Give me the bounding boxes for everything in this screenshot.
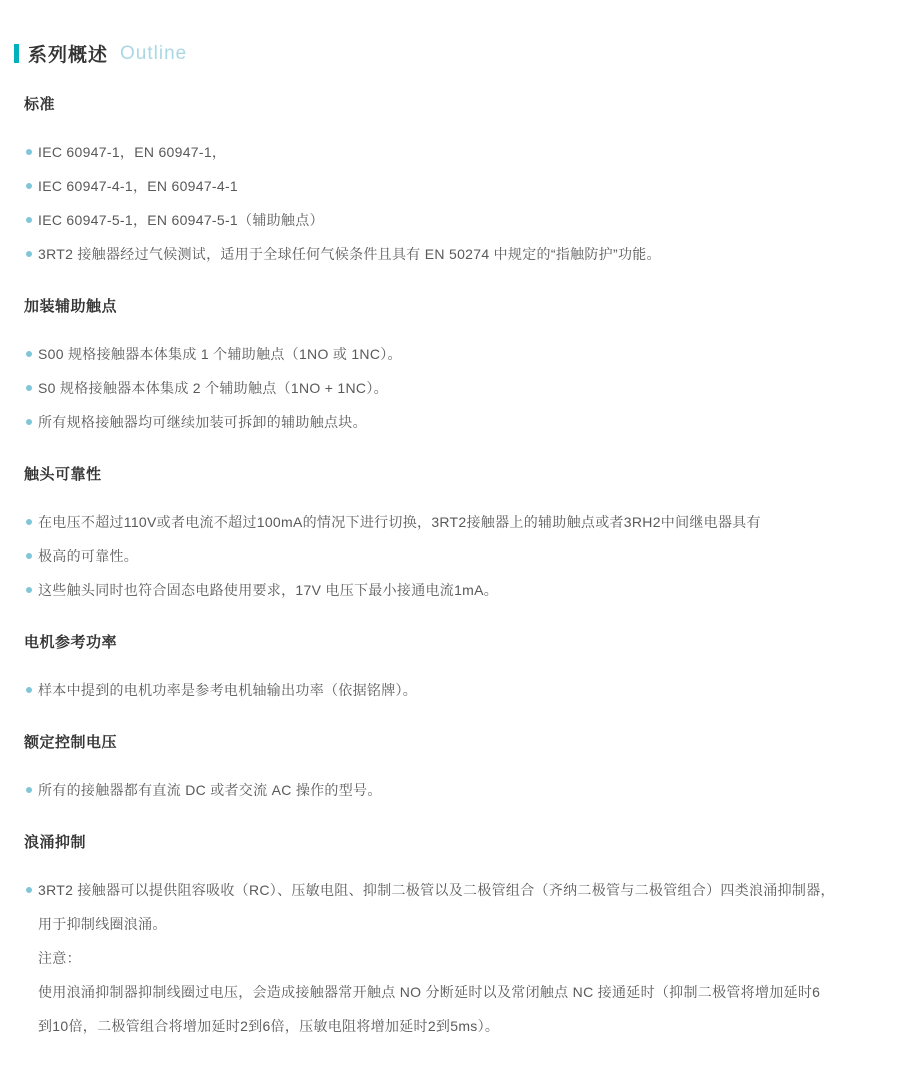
page-title: 系列概述 Outline xyxy=(14,40,876,67)
page-title-en: Outline xyxy=(120,43,187,65)
list-item-note-label: 注意： xyxy=(24,941,876,975)
section-motor-reference-power: 电机参考功率 样本中提到的电机功率是参考电机轴输出功率（依据铭牌）。 xyxy=(24,633,876,707)
list-item: 样本中提到的电机功率是参考电机轴输出功率（依据铭牌）。 xyxy=(24,673,876,707)
bullet-list: S00 规格接触器本体集成 1 个辅助触点（1NO 或 1NC）。 S0 规格接… xyxy=(24,337,876,439)
list-item: IEC 60947-1，EN 60947-1， xyxy=(24,135,876,169)
section-contact-reliability: 触头可靠性 在电压不超过110V或者电流不超过100mA的情况下进行切换，3RT… xyxy=(24,465,876,607)
bullet-list: 样本中提到的电机功率是参考电机轴输出功率（依据铭牌）。 xyxy=(24,673,876,707)
section-heading: 电机参考功率 xyxy=(24,633,876,653)
list-item-continuation: 用于抑制线圈浪涌。 xyxy=(24,907,876,941)
page-title-zh: 系列概述 xyxy=(28,40,108,67)
title-accent-bar xyxy=(14,44,19,63)
section-heading: 加装辅助触点 xyxy=(24,297,876,317)
list-item-note-line: 使用浪涌抑制器抑制线圈过电压，会造成接触器常开触点 NO 分断延时以及常闭触点 … xyxy=(24,975,876,1009)
section-rated-control-voltage: 额定控制电压 所有的接触器都有直流 DC 或者交流 AC 操作的型号。 xyxy=(24,733,876,807)
section-surge-suppression: 浪涌抑制 3RT2 接触器可以提供阻容吸收（RC）、压敏电阻、抑制二极管以及二极… xyxy=(24,833,876,1043)
list-item: 所有的接触器都有直流 DC 或者交流 AC 操作的型号。 xyxy=(24,773,876,807)
bullet-list: IEC 60947-1，EN 60947-1， IEC 60947-4-1，EN… xyxy=(24,135,876,271)
list-item: 极高的可靠性。 xyxy=(24,539,876,573)
bullet-list: 所有的接触器都有直流 DC 或者交流 AC 操作的型号。 xyxy=(24,773,876,807)
list-item: IEC 60947-5-1，EN 60947-5-1（辅助触点） xyxy=(24,203,876,237)
bullet-list: 3RT2 接触器可以提供阻容吸收（RC）、压敏电阻、抑制二极管以及二极管组合（齐… xyxy=(24,873,876,1043)
list-item: 在电压不超过110V或者电流不超过100mA的情况下进行切换，3RT2接触器上的… xyxy=(24,505,876,539)
list-item-note-line: 到10倍，二极管组合将增加延时2到6倍，压敏电阻将增加延时2到5ms）。 xyxy=(24,1009,876,1043)
list-item: S0 规格接触器本体集成 2 个辅助触点（1NO + 1NC）。 xyxy=(24,371,876,405)
list-item: IEC 60947-4-1，EN 60947-4-1 xyxy=(24,169,876,203)
bullet-list: 在电压不超过110V或者电流不超过100mA的情况下进行切换，3RT2接触器上的… xyxy=(24,505,876,607)
list-item: S00 规格接触器本体集成 1 个辅助触点（1NO 或 1NC）。 xyxy=(24,337,876,371)
section-auxiliary-contacts: 加装辅助触点 S00 规格接触器本体集成 1 个辅助触点（1NO 或 1NC）。… xyxy=(24,297,876,439)
list-item: 所有规格接触器均可继续加装可拆卸的辅助触点块。 xyxy=(24,405,876,439)
section-heading: 触头可靠性 xyxy=(24,465,876,485)
section-heading: 标准 xyxy=(24,95,876,115)
section-heading: 浪涌抑制 xyxy=(24,833,876,853)
list-item: 这些触头同时也符合固态电路使用要求，17V 电压下最小接通电流1mA。 xyxy=(24,573,876,607)
document-page: 系列概述 Outline 标准 IEC 60947-1，EN 60947-1， … xyxy=(0,0,900,1043)
list-item: 3RT2 接触器可以提供阻容吸收（RC）、压敏电阻、抑制二极管以及二极管组合（齐… xyxy=(24,873,876,907)
section-heading: 额定控制电压 xyxy=(24,733,876,753)
list-item: 3RT2 接触器经过气候测试，适用于全球任何气候条件且具有 EN 50274 中… xyxy=(24,237,876,271)
section-standards: 标准 IEC 60947-1，EN 60947-1， IEC 60947-4-1… xyxy=(24,95,876,271)
